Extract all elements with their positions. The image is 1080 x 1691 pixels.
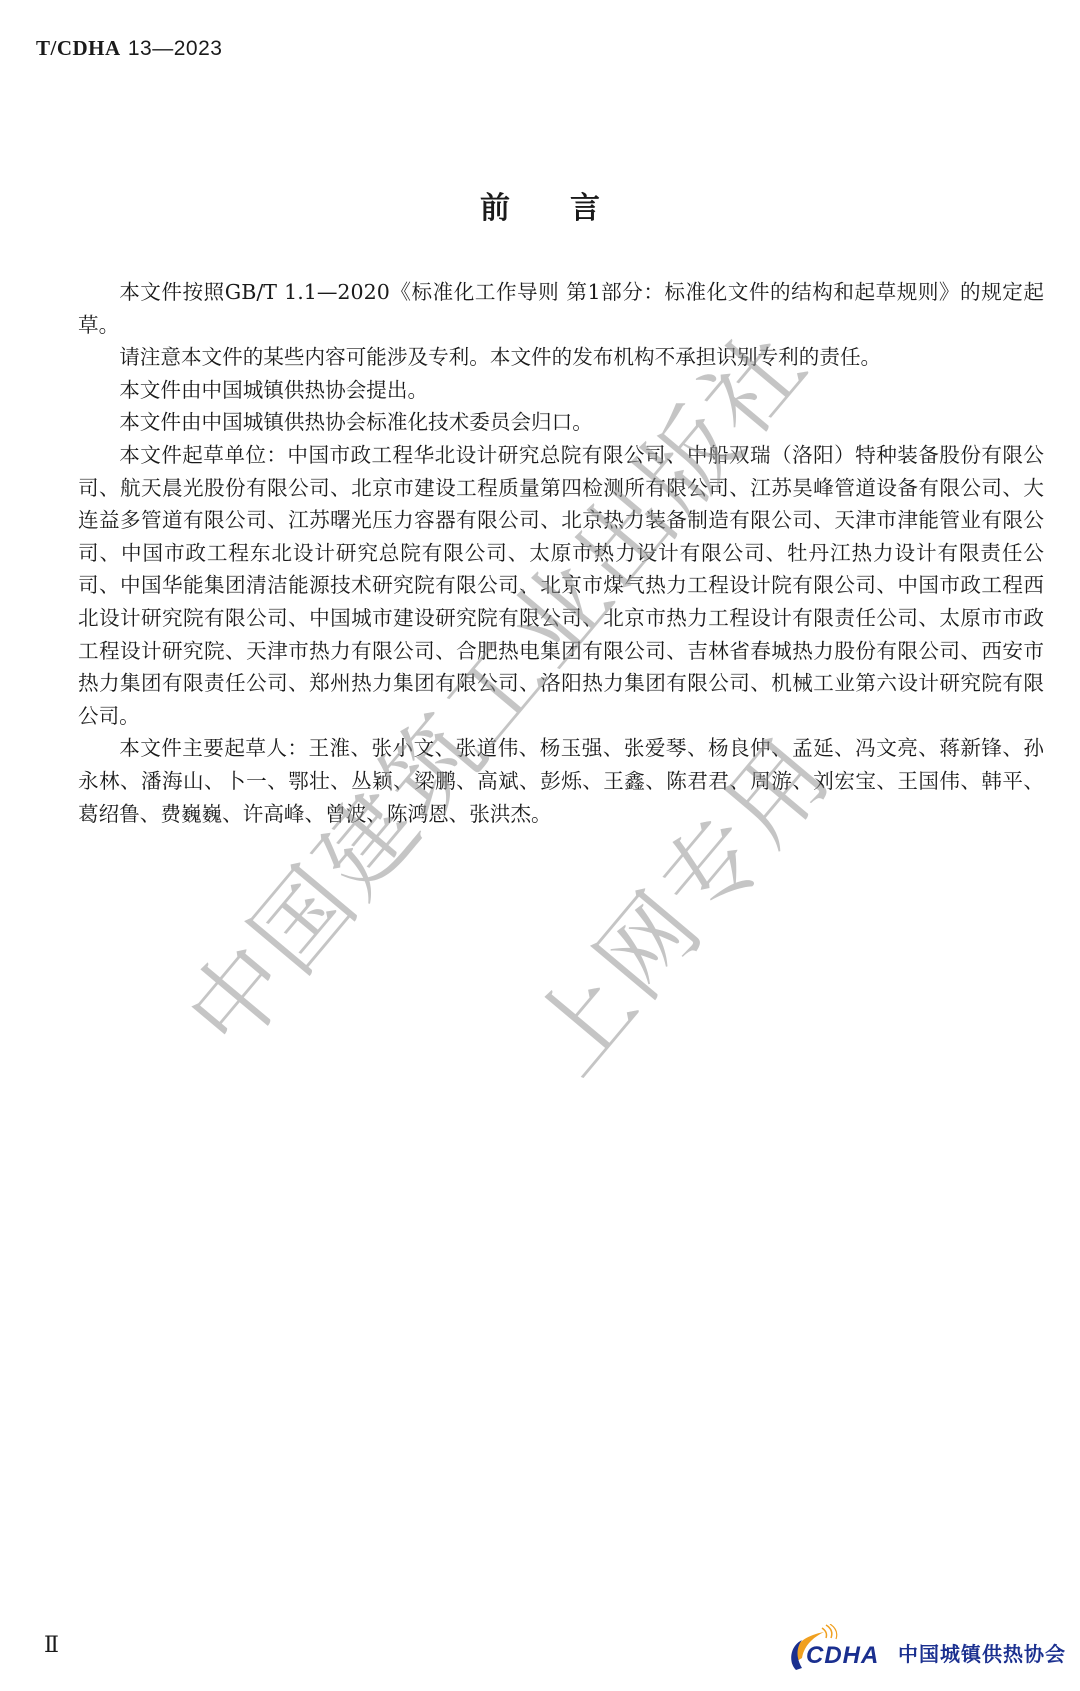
- paragraph-drafting-rules: 本文件按照GB/T 1.1—2020《标准化工作导则 第1部分：标准化文件的结构…: [78, 276, 1044, 341]
- paragraph-patent-notice: 请注意本文件的某些内容可能涉及专利。本文件的发布机构不承担识别专利的责任。: [78, 341, 1044, 374]
- page-number: Ⅱ: [44, 1632, 59, 1658]
- logo-org-name: 中国城镇供热协会: [898, 1638, 1066, 1667]
- paragraph-drafting-units: 本文件起草单位：中国市政工程华北设计研究总院有限公司、中船双瑞（洛阳）特种装备股…: [78, 439, 1044, 732]
- cdha-logo-mark: CDHA: [786, 1624, 898, 1680]
- paragraph-proposer: 本文件由中国城镇供热协会提出。: [78, 374, 1044, 407]
- standard-code: T/CDHA: [36, 36, 121, 60]
- page-title: 前言: [0, 183, 1080, 227]
- standard-number: 13—2023: [128, 37, 223, 60]
- logo-acronym: CDHA: [806, 1642, 879, 1670]
- cdha-logo: CDHA 中国城镇供热协会: [786, 1624, 1066, 1680]
- standard-header: T/CDHA 13—2023: [36, 36, 222, 61]
- foreword-body: 本文件按照GB/T 1.1—2020《标准化工作导则 第1部分：标准化文件的结构…: [78, 276, 1044, 830]
- paragraph-committee: 本文件由中国城镇供热协会标准化技术委员会归口。: [78, 406, 1044, 439]
- paragraph-drafters: 本文件主要起草人：王淮、张小文、张道伟、杨玉强、张爱琴、杨良仲、孟延、冯文亮、蒋…: [78, 732, 1044, 830]
